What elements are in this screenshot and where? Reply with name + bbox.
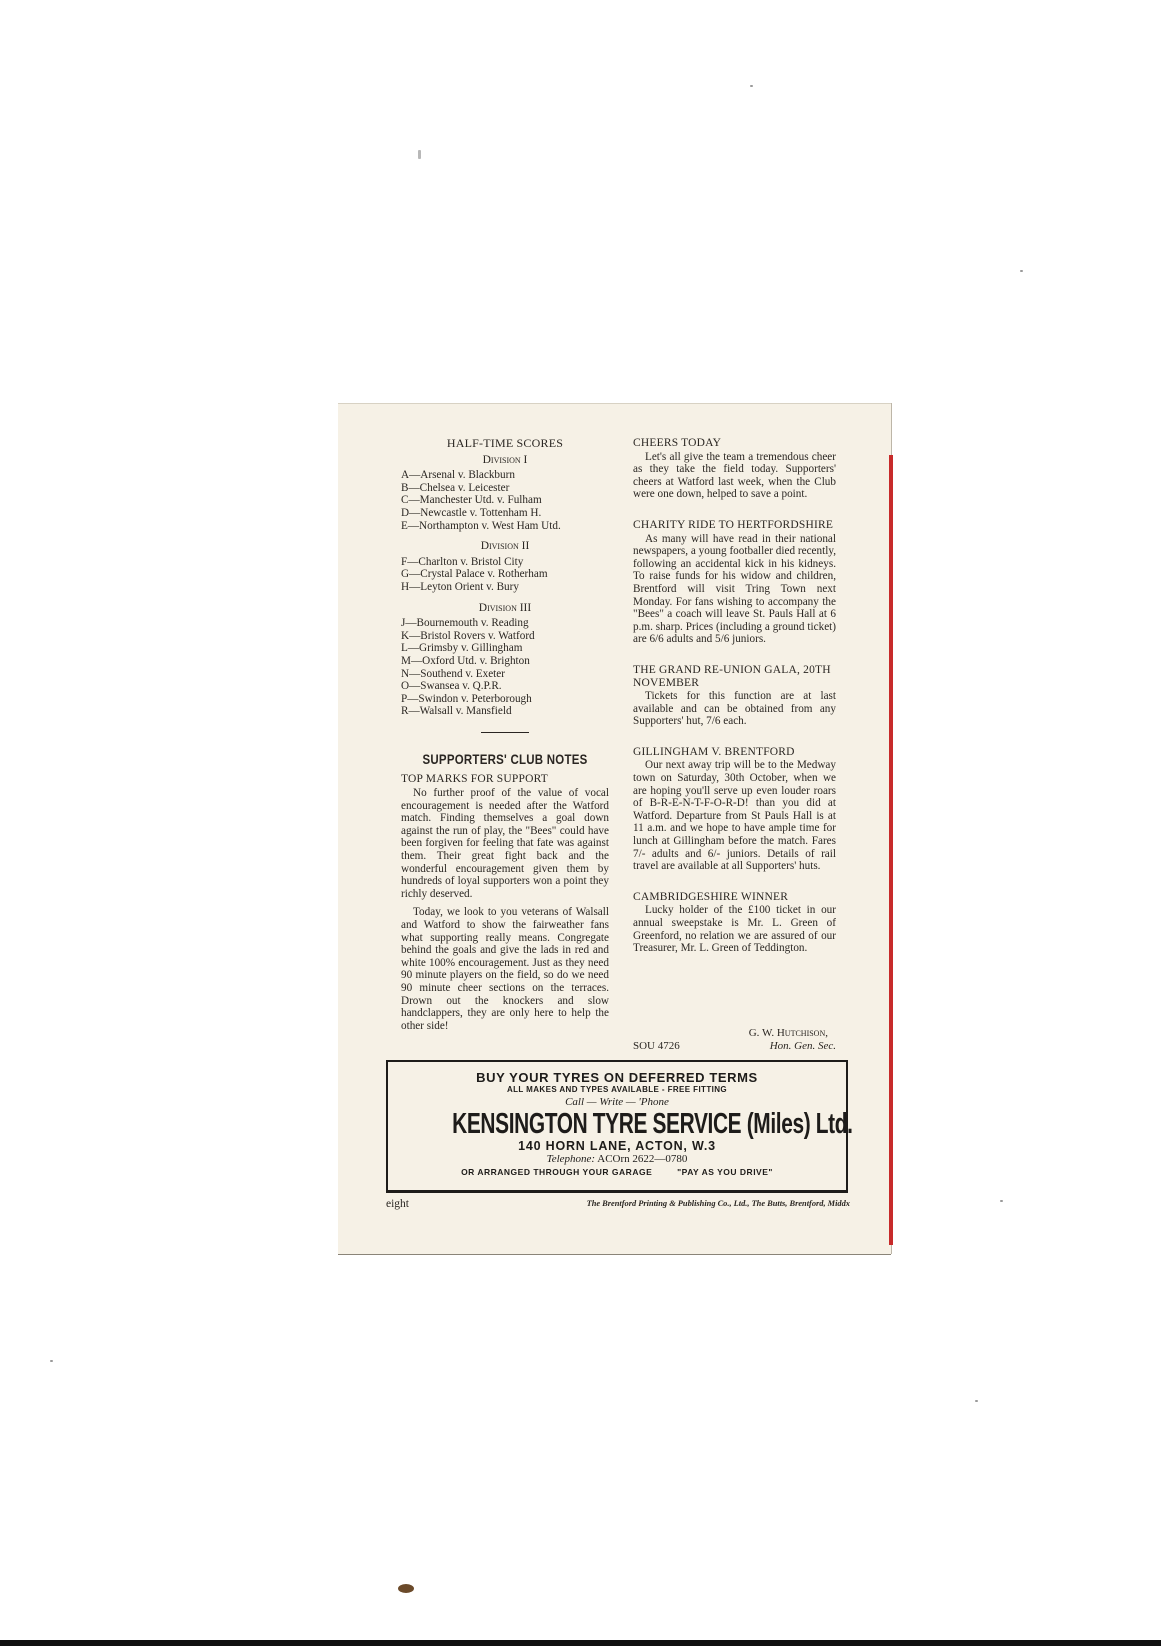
advert-telephone: Telephone: ACOrn 2622—0780	[388, 1153, 846, 1166]
article-paragraph: As many will have read in their national…	[633, 533, 836, 646]
signatory-title: Hon. Gen. Sec.	[770, 1040, 836, 1053]
telephone-number: ACOrn 2622—0780	[597, 1153, 687, 1165]
section-heading: CHARITY RIDE TO HERTFORDSHIRE	[633, 519, 836, 532]
section-heading: CHEERS TODAY	[633, 437, 836, 450]
advert-contact-line: Call — Write — 'Phone	[388, 1095, 846, 1109]
red-cover-edge	[889, 455, 893, 1245]
scan-speck	[1020, 270, 1023, 272]
left-column: HALF-TIME SCORES Division I A—Arsenal v.…	[401, 437, 609, 1038]
fixture: M—Oxford Utd. v. Brighton	[401, 655, 609, 668]
fixture: O—Swansea v. Q.P.R.	[401, 680, 609, 693]
fixture: N—Southend v. Exeter	[401, 668, 609, 681]
advert-subheadline: ALL MAKES AND TYPES AVAILABLE - FREE FIT…	[388, 1085, 846, 1095]
article-paragraph: Lucky holder of the £100 ticket in our a…	[633, 904, 836, 954]
advert-garage-line: OR ARRANGED THROUGH YOUR GARAGE	[461, 1167, 652, 1177]
section-heading: TOP MARKS FOR SUPPORT	[401, 773, 609, 786]
fixture: A—Arsenal v. Blackburn	[401, 469, 609, 482]
advert-address: 140 HORN LANE, ACTON, W.3	[388, 1139, 846, 1153]
advert-company-name: KENSINGTON TYRE SERVICE (Miles) Ltd.	[452, 1109, 782, 1139]
article-paragraph: Our next away trip will be to the Medway…	[633, 759, 836, 872]
section-heading: CAMBRIDGESHIRE WINNER	[633, 891, 836, 904]
fixture: K—Bristol Rovers v. Watford	[401, 630, 609, 643]
scan-speck	[1000, 1200, 1003, 1202]
fixture: H—Leyton Orient v. Bury	[401, 581, 609, 594]
article-paragraph: Today, we look to you veterans of Walsal…	[401, 906, 609, 1032]
fixture: C—Manchester Utd. v. Fulham	[401, 494, 609, 507]
scan-edge	[0, 1640, 1161, 1646]
article-paragraph: Tickets for this function are at last av…	[633, 690, 836, 728]
fixture: R—Walsall v. Mansfield	[401, 705, 609, 718]
section-heading: GILLINGHAM v. BRENTFORD	[633, 746, 836, 759]
fixture: J—Bournemouth v. Reading	[401, 617, 609, 630]
signatory-name: G. W. Hutchison,	[633, 1027, 836, 1040]
scan-speck	[418, 150, 421, 159]
scan-speck	[975, 1400, 978, 1402]
scan-speck	[50, 1360, 53, 1362]
article-paragraph: Let's all give the team a tremendous che…	[633, 451, 836, 501]
fixture: B—Chelsea v. Leicester	[401, 482, 609, 495]
telephone-label: Telephone:	[547, 1153, 595, 1165]
page-number: eight	[386, 1198, 409, 1210]
advert-headline: BUY YOUR TYRES ON DEFERRED TERMS	[388, 1071, 846, 1085]
fixture: P—Swindon v. Peterborough	[401, 693, 609, 706]
section-heading: THE GRAND RE-UNION GALA, 20th NOVEMBER	[633, 664, 836, 689]
club-notes-title: SUPPORTERS' CLUB NOTES	[420, 753, 591, 766]
fixture: L—Grimsby v. Gillingham	[401, 642, 609, 655]
fixture: G—Crystal Palace v. Rotherham	[401, 568, 609, 581]
fixture-list: J—Bournemouth v. Reading K—Bristol Rover…	[401, 617, 609, 718]
right-column: CHEERS TODAY Let's all give the team a t…	[633, 437, 836, 961]
advert-slogan: "PAY AS YOU DRIVE"	[677, 1167, 773, 1177]
division-title: Division III	[401, 602, 609, 615]
fixture-list: A—Arsenal v. Blackburn B—Chelsea v. Leic…	[401, 469, 609, 532]
fixture-list: F—Charlton v. Bristol City G—Crystal Pal…	[401, 556, 609, 594]
fixture: F—Charlton v. Bristol City	[401, 556, 609, 569]
scan-speck	[750, 85, 753, 87]
division-title: Division II	[401, 540, 609, 553]
division-title: Division I	[401, 454, 609, 467]
fixture: D—Newcastle v. Tottenham H.	[401, 507, 609, 520]
ink-blot	[398, 1584, 414, 1593]
article-paragraph: No further proof of the value of vocal e…	[401, 787, 609, 900]
advert-footer: OR ARRANGED THROUGH YOUR GARAGE "PAY AS …	[388, 1166, 846, 1178]
half-time-scores-title: HALF-TIME SCORES	[401, 437, 609, 450]
printer-credit: The Brentford Printing & Publishing Co.,…	[540, 1199, 850, 1208]
signature-block: G. W. Hutchison, SOU 4726 Hon. Gen. Sec.	[633, 1027, 836, 1053]
section-divider	[481, 732, 529, 733]
fixture: E—Northampton v. West Ham Utd.	[401, 520, 609, 533]
reference-code: SOU 4726	[633, 1040, 680, 1053]
tyre-advert: BUY YOUR TYRES ON DEFERRED TERMS ALL MAK…	[386, 1060, 848, 1193]
